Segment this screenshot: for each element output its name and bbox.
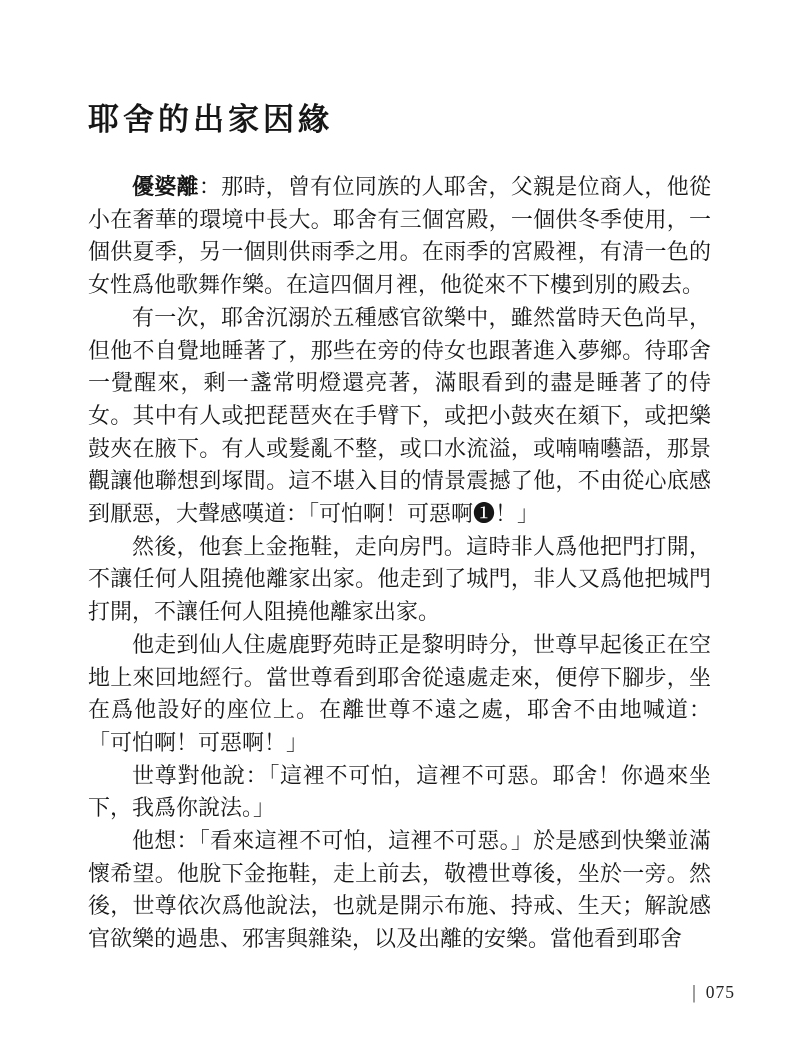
- book-page: 耶舍的出家因緣 優婆離：那時，曾有位同族的人耶舍，父親是位商人，他從小在奢華的環…: [0, 0, 792, 1056]
- paragraph: 優婆離：那時，曾有位同族的人耶舍，父親是位商人，他從小在奢華的環境中長大。耶舍有…: [88, 171, 711, 302]
- paragraph: 他走到仙人住處鹿野苑時正是黎明時分，世尊早起後正在空地上來回地經行。當世尊看到耶…: [88, 629, 711, 760]
- paragraph: 世尊對他說：「這裡不可怕，這裡不可惡。耶舍！你過來坐下，我爲你說法。」: [88, 760, 711, 825]
- paragraph: 然後，他套上金拖鞋，走向房門。這時非人爲他把門打開，不讓任何人阻撓他離家出家。他…: [88, 531, 711, 629]
- speaker-name: 優婆離: [132, 174, 199, 199]
- footer-divider: |: [692, 981, 697, 1004]
- paragraph: 他想：「看來這裡不可怕，這裡不可惡。」於是感到快樂並滿懷希望。他脫下金拖鞋，走上…: [88, 825, 711, 956]
- chapter-title: 耶舍的出家因緣: [88, 94, 333, 139]
- page-number: 075: [706, 982, 735, 1002]
- text-body: 優婆離：那時，曾有位同族的人耶舍，父親是位商人，他從小在奢華的環境中長大。耶舍有…: [88, 171, 711, 956]
- page-footer: |075: [560, 982, 735, 1003]
- paragraph: 有一次，耶舍沉溺於五種感官欲樂中，雖然當時天色尚早，但他不自覺地睡著了，那些在旁…: [88, 302, 711, 531]
